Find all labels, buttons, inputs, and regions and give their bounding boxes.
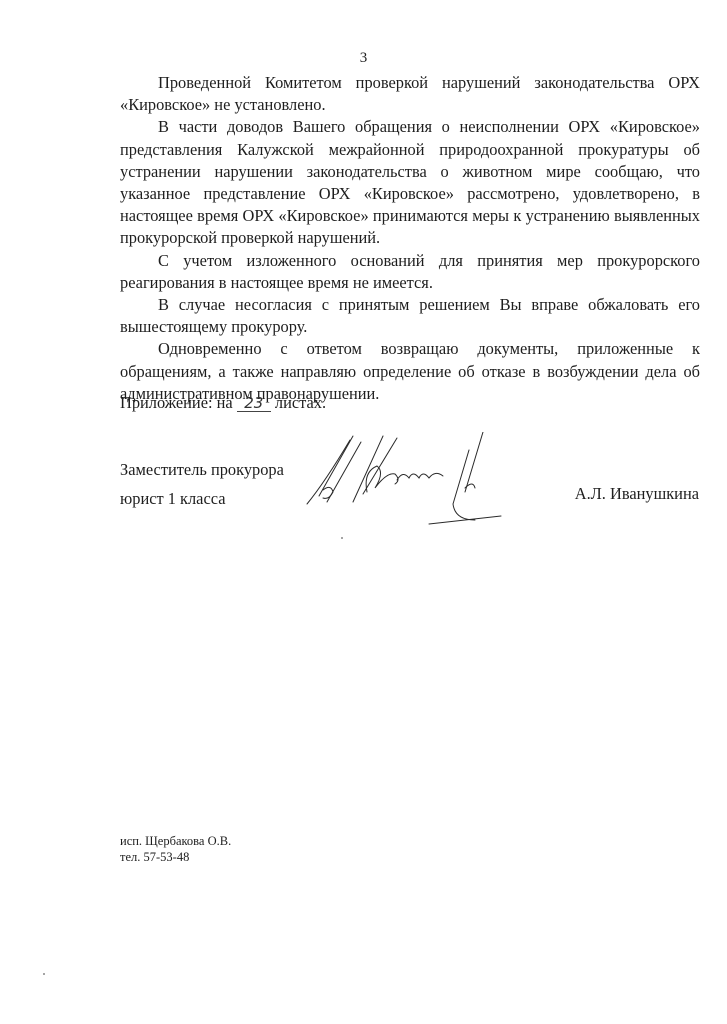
- letter-body: Проведенной Комитетом проверкой нарушени…: [120, 72, 700, 405]
- paragraph: В случае несогласия с принятым решением …: [120, 294, 700, 338]
- handwritten-signature-icon: [305, 432, 505, 552]
- appendix-prefix: Приложение: на: [120, 393, 233, 412]
- page-number: 3: [0, 50, 727, 67]
- appendix-sheet-count: 23: [237, 395, 271, 412]
- executor-name: исп. Щербакова О.В.: [120, 833, 231, 849]
- appendix-suffix: листах.: [275, 393, 326, 412]
- appendix-line: Приложение: на 23 листах.: [120, 393, 326, 413]
- position-rank: юрист 1 класса: [120, 484, 284, 513]
- signer-name: А.Л. Иванушкина: [575, 484, 699, 504]
- paragraph: Проведенной Комитетом проверкой нарушени…: [120, 72, 700, 116]
- executor-info: исп. Щербакова О.В. тел. 57-53-48: [120, 833, 231, 865]
- executor-phone: тел. 57-53-48: [120, 849, 231, 865]
- scan-speck: [341, 537, 343, 539]
- position-title: Заместитель прокурора: [120, 455, 284, 484]
- document-page: 3 Проведенной Комитетом проверкой наруше…: [0, 0, 727, 1024]
- paragraph: В части доводов Вашего обращения о неисп…: [120, 116, 700, 249]
- signer-position: Заместитель прокурора юрист 1 класса: [120, 455, 284, 513]
- paragraph: С учетом изложенного оснований для приня…: [120, 250, 700, 294]
- scan-speck: [43, 973, 45, 975]
